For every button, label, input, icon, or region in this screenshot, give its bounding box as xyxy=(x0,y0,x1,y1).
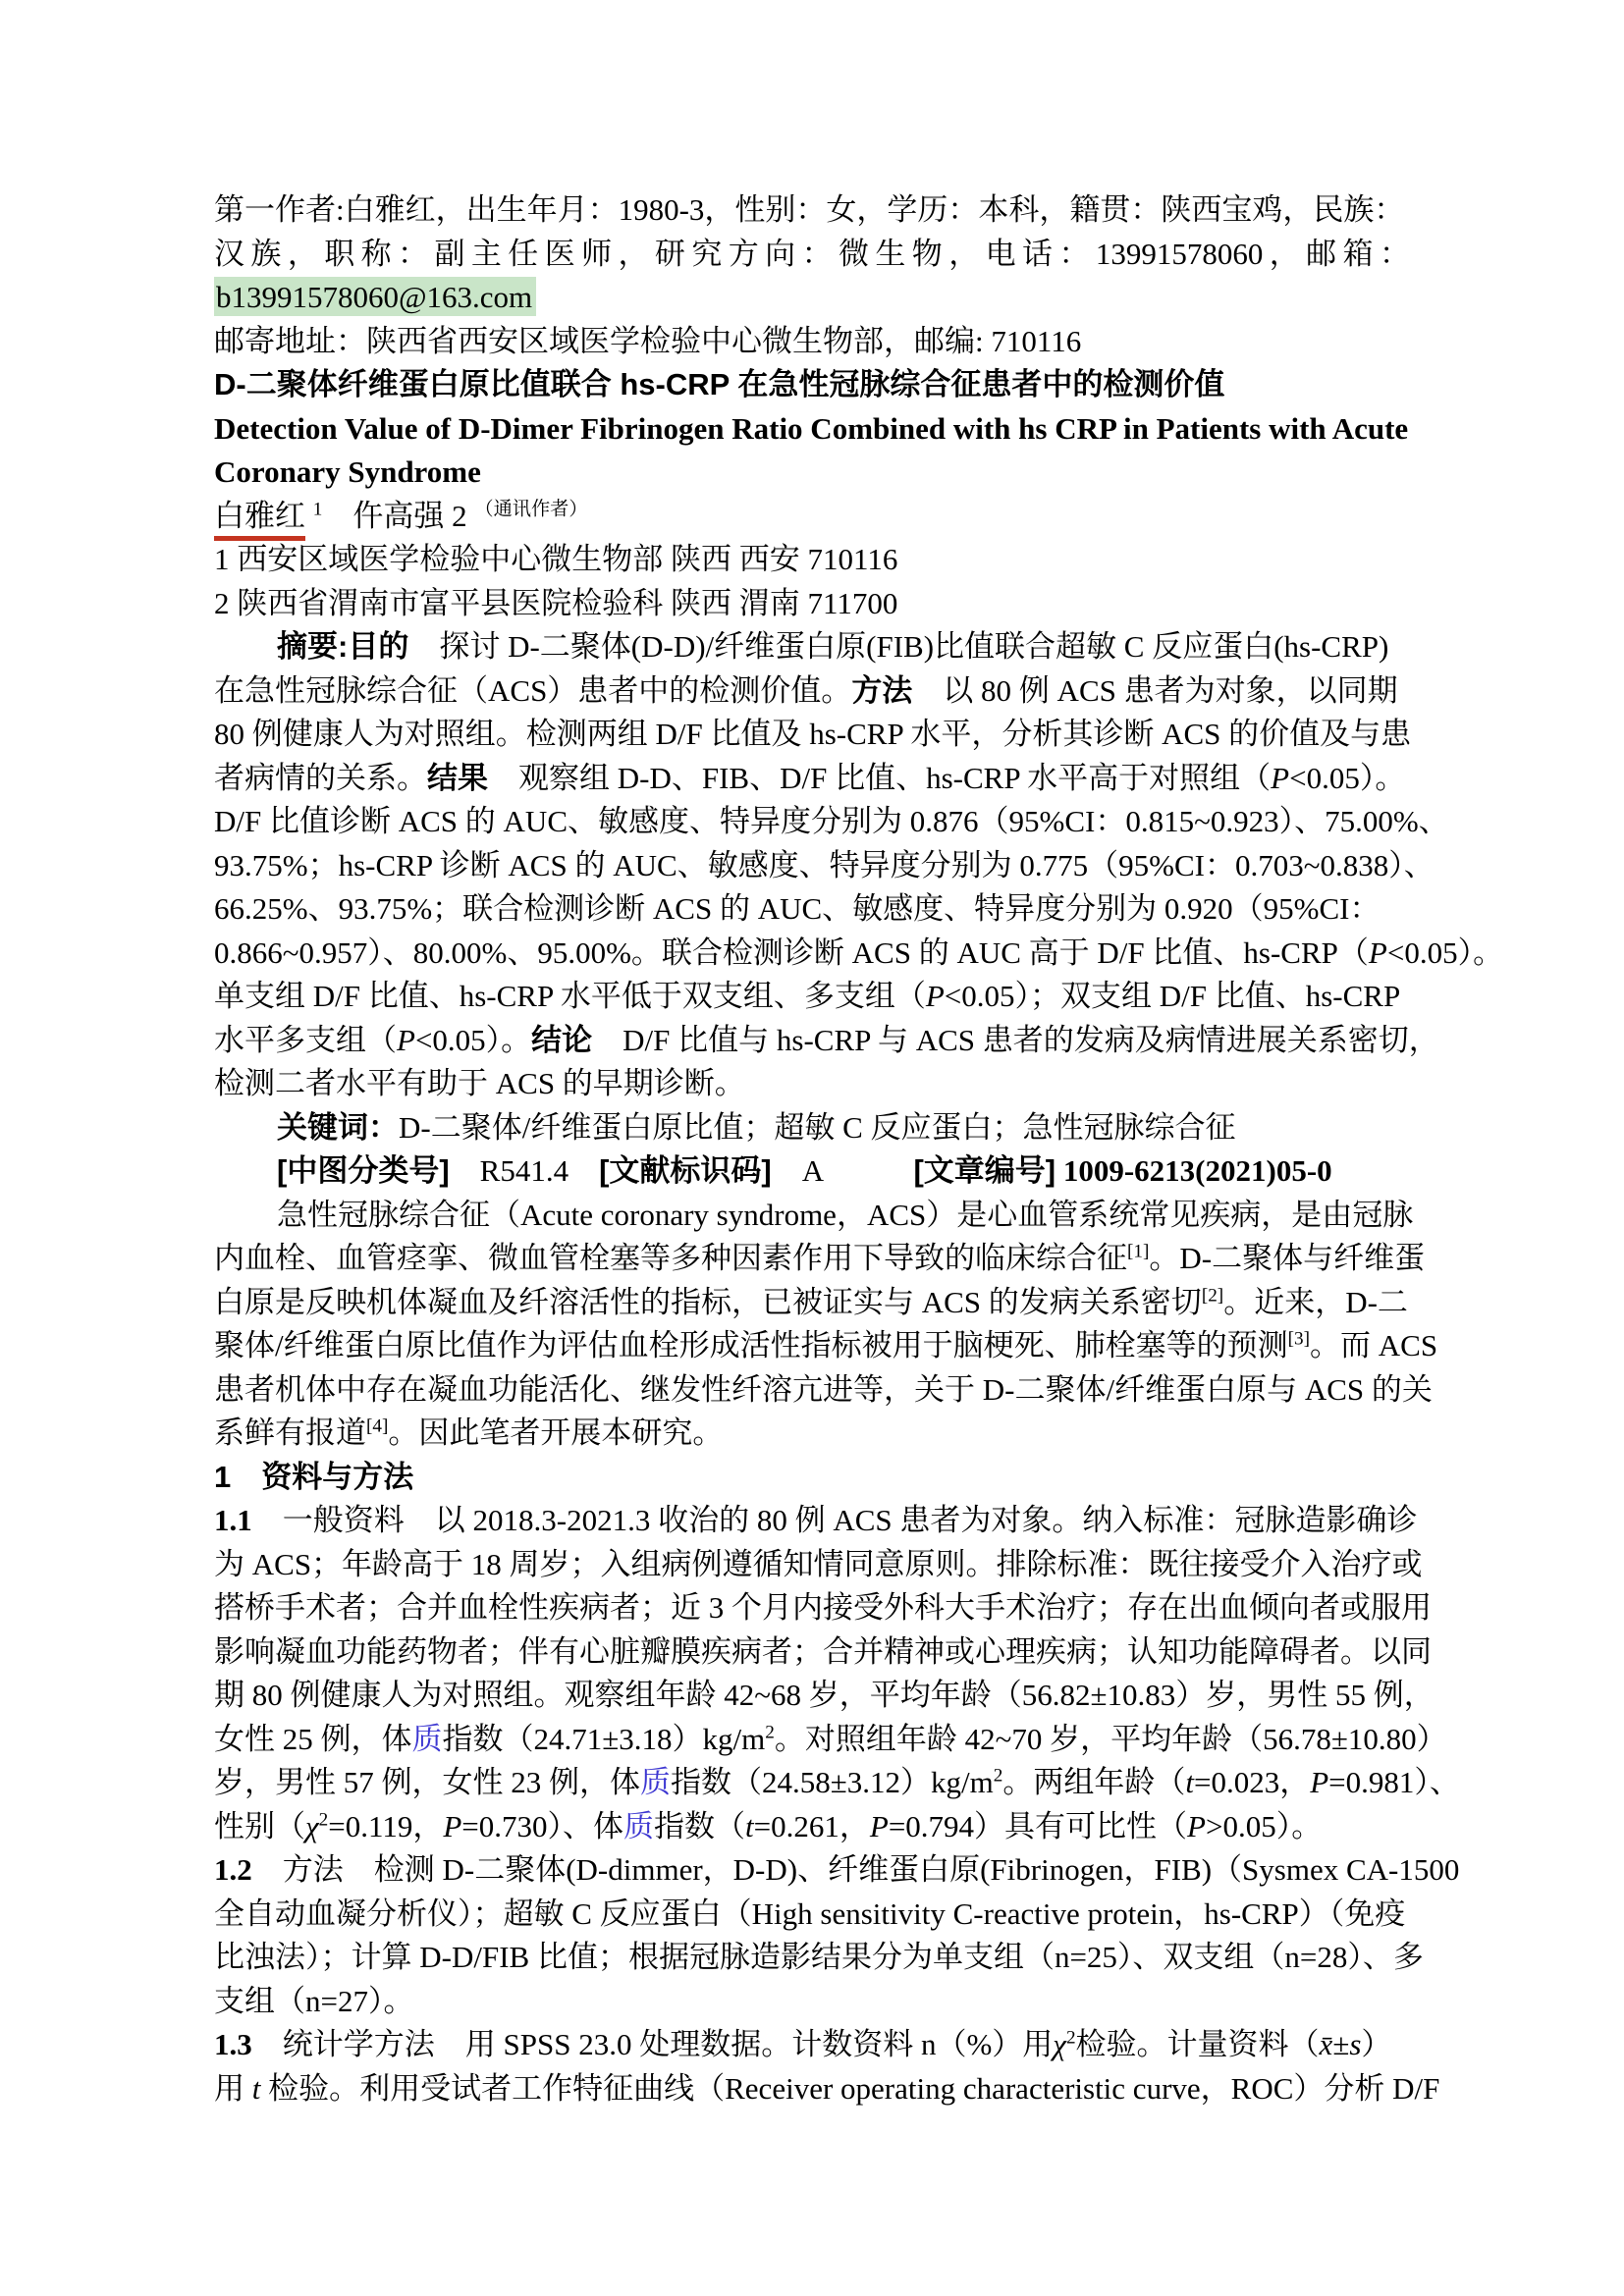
methods-1-1-line-7: 岁，男性 57 例，女性 23 例，体质指数（24.58±3.12）kg/m2。… xyxy=(214,1761,1410,1805)
intro-line-4: 聚体/纤维蛋白原比值作为评估血栓形成活性指标被用于脑梗死、肺栓塞等的预测[3]。… xyxy=(214,1324,1410,1368)
methods-1-1-line-3: 搭桥手术者；合并血栓性疾病者；近 3 个月内接受外科大手术治疗；存在出血倾向者或… xyxy=(214,1586,1410,1630)
classification-line: [中图分类号] R541.4 [文献标识码] A [文章编号] 1009-621… xyxy=(214,1149,1410,1194)
methods-1-1-line-8: 性别（χ2=0.119，P=0.730）、体质指数（t=0.261，P=0.79… xyxy=(214,1805,1410,1849)
affiliation-1: 1 西安区域医学检验中心微生物部 陕西 西安 710116 xyxy=(214,538,1410,582)
methods-1-3-line-2: 用 t 检验。利用受试者工作特征曲线（Receiver operating ch… xyxy=(214,2067,1410,2111)
keywords-line: 关键词：D-二聚体/纤维蛋白原比值；超敏 C 反应蛋白；急性冠脉综合征 xyxy=(214,1106,1410,1150)
section-heading-1: 1 资料与方法 xyxy=(214,1456,1410,1500)
title-en-line-1: Detection Value of D-Dimer Fibrinogen Ra… xyxy=(214,407,1410,452)
methods-1-1-line-5: 期 80 例健康人为对照组。观察组年龄 42~68 岁，平均年龄（56.82±1… xyxy=(214,1674,1410,1718)
abstract-line-11: 检测二者水平有助于 ACS 的早期诊断。 xyxy=(214,1062,1410,1106)
abstract-line-7: 66.25%、93.75%；联合检测诊断 ACS 的 AUC、敏感度、特异度分别… xyxy=(214,887,1410,932)
abstract-line-3: 80 例健康人为对照组。检测两组 D/F 比值及 hs-CRP 水平，分析其诊断… xyxy=(214,713,1410,757)
methods-1-1-line-1: 1.1 一般资料 以 2018.3-2021.3 收治的 80 例 ACS 患者… xyxy=(214,1499,1410,1543)
intro-line-2: 内血栓、血管痉挛、微血管栓塞等多种因素作用下导致的临床综合征[1]。D-二聚体与… xyxy=(214,1237,1410,1281)
methods-1-1-line-2: 为 ACS；年龄高于 18 周岁；入组病例遵循知情同意原则。排除标准：既往接受介… xyxy=(214,1543,1410,1587)
methods-1-1-line-4: 影响凝血功能药物者；伴有心脏瓣膜疾病者；合并精神或心理疾病；认知功能障碍者。以同 xyxy=(214,1630,1410,1675)
document-body: 第一作者:白雅红，出生年月：1980-3，性别：女，学历：本科，籍贯：陕西宝鸡，… xyxy=(214,188,1410,2110)
intro-line-1: 急性冠脉综合征（Acute coronary syndrome，ACS）是心血管… xyxy=(214,1194,1410,1238)
abstract-line-1: 摘要:目的 探讨 D-二聚体(D-D)/纤维蛋白原(FIB)比值联合超敏 C 反… xyxy=(214,625,1410,669)
methods-1-2-line-1: 1.2 方法 检测 D-二聚体(D-dimmer，D-D)、纤维蛋白原(Fibr… xyxy=(214,1848,1410,1893)
affiliation-2: 2 陕西省渭南市富平县医院检验科 陕西 渭南 711700 xyxy=(214,582,1410,626)
abstract-line-6: 93.75%；hs-CRP 诊断 ACS 的 AUC、敏感度、特异度分别为 0.… xyxy=(214,844,1410,888)
spellcheck-underlined-name: 白雅红 xyxy=(214,499,305,541)
abstract-line-4: 者病情的关系。结果 观察组 D-D、FIB、D/F 比值、hs-CRP 水平高于… xyxy=(214,757,1410,801)
abstract-line-2: 在急性冠脉综合征（ACS）患者中的检测价值。方法 以 80 例 ACS 患者为对… xyxy=(214,669,1410,714)
intro-line-5: 患者机体中存在凝血功能活化、继发性纤溶亢进等，关于 D-二聚体/纤维蛋白原与 A… xyxy=(214,1368,1410,1413)
abstract-line-5: D/F 比值诊断 ACS 的 AUC、敏感度、特异度分别为 0.876（95%C… xyxy=(214,800,1410,844)
methods-1-2-line-3: 比浊法）；计算 D-D/FIB 比值；根据冠脉造影结果分为单支组（n=25）、双… xyxy=(214,1936,1410,1980)
methods-1-2-line-4: 支组（n=27）。 xyxy=(214,1980,1410,2024)
methods-1-3-line-1: 1.3 统计学方法 用 SPSS 23.0 处理数据。计数资料 n（%）用χ2检… xyxy=(214,2023,1410,2067)
methods-1-2-line-2: 全自动血凝分析仪）；超敏 C 反应蛋白（High sensitivity C-r… xyxy=(214,1893,1410,1937)
intro-line-6: 系鲜有报道[4]。因此笔者开展本研究。 xyxy=(214,1412,1410,1456)
authors-line: 白雅红 1 仵高强 2 （通讯作者） xyxy=(214,495,1410,539)
title-en-line-2: Coronary Syndrome xyxy=(214,451,1410,495)
document-page: 第一作者:白雅红，出生年月：1980-3，性别：女，学历：本科，籍贯：陕西宝鸡，… xyxy=(0,0,1624,2296)
abstract-line-8: 0.866~0.957）、80.00%、95.00%。联合检测诊断 ACS 的 … xyxy=(214,932,1410,976)
author-email-line: b13991578060@163.com xyxy=(214,276,1410,320)
abstract-line-9: 单支组 D/F 比值、hs-CRP 水平低于双支组、多支组（P<0.05）；双支… xyxy=(214,975,1410,1019)
author-info-line-2: 汉族，职称：副主任医师，研究方向：微生物，电话：13991578060，邮箱： xyxy=(214,233,1410,277)
intro-line-3: 白原是反映机体凝血及纤溶活性的指标，已被证实与 ACS 的发病关系密切[2]。近… xyxy=(214,1281,1410,1325)
title-zh: D-二聚体纤维蛋白原比值联合 hs-CRP 在急性冠脉综合征患者中的检测价值 xyxy=(214,363,1410,407)
highlighted-email-text: b13991578060@163.com xyxy=(214,277,536,316)
methods-1-1-line-6: 女性 25 例，体质指数（24.71±3.18）kg/m2。对照组年龄 42~7… xyxy=(214,1718,1410,1762)
abstract-line-10: 水平多支组（P<0.05）。结论 D/F 比值与 hs-CRP 与 ACS 患者… xyxy=(214,1019,1410,1063)
author-info-line-1: 第一作者:白雅红，出生年月：1980-3，性别：女，学历：本科，籍贯：陕西宝鸡，… xyxy=(214,188,1410,233)
mailing-address-line: 邮寄地址：陕西省西安区域医学检验中心微生物部，邮编: 710116 xyxy=(214,320,1410,364)
